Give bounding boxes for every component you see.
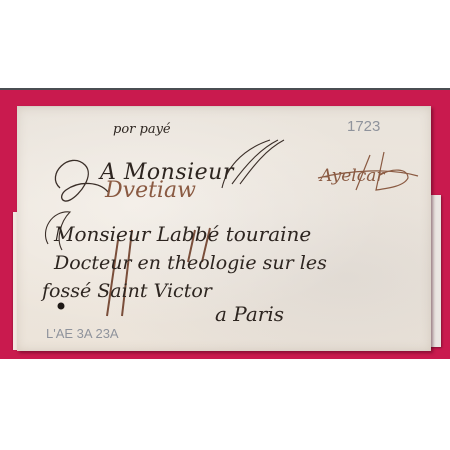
address-line-4: fossé Saint Victor [42, 280, 212, 302]
pencil-reference: L'AE 3A 23A [46, 326, 119, 341]
address-line-5: a Paris [215, 302, 284, 326]
address-line-2: Monsieur Labbé touraine [54, 222, 311, 246]
postal-note: por payé [113, 122, 171, 137]
address-line-3: Docteur en theologie sur les [54, 252, 327, 274]
crossed-out-text: Ayelcar [320, 166, 384, 186]
postmark-town: Dvetiaw [105, 178, 196, 203]
pencil-date: 1723 [347, 118, 380, 135]
